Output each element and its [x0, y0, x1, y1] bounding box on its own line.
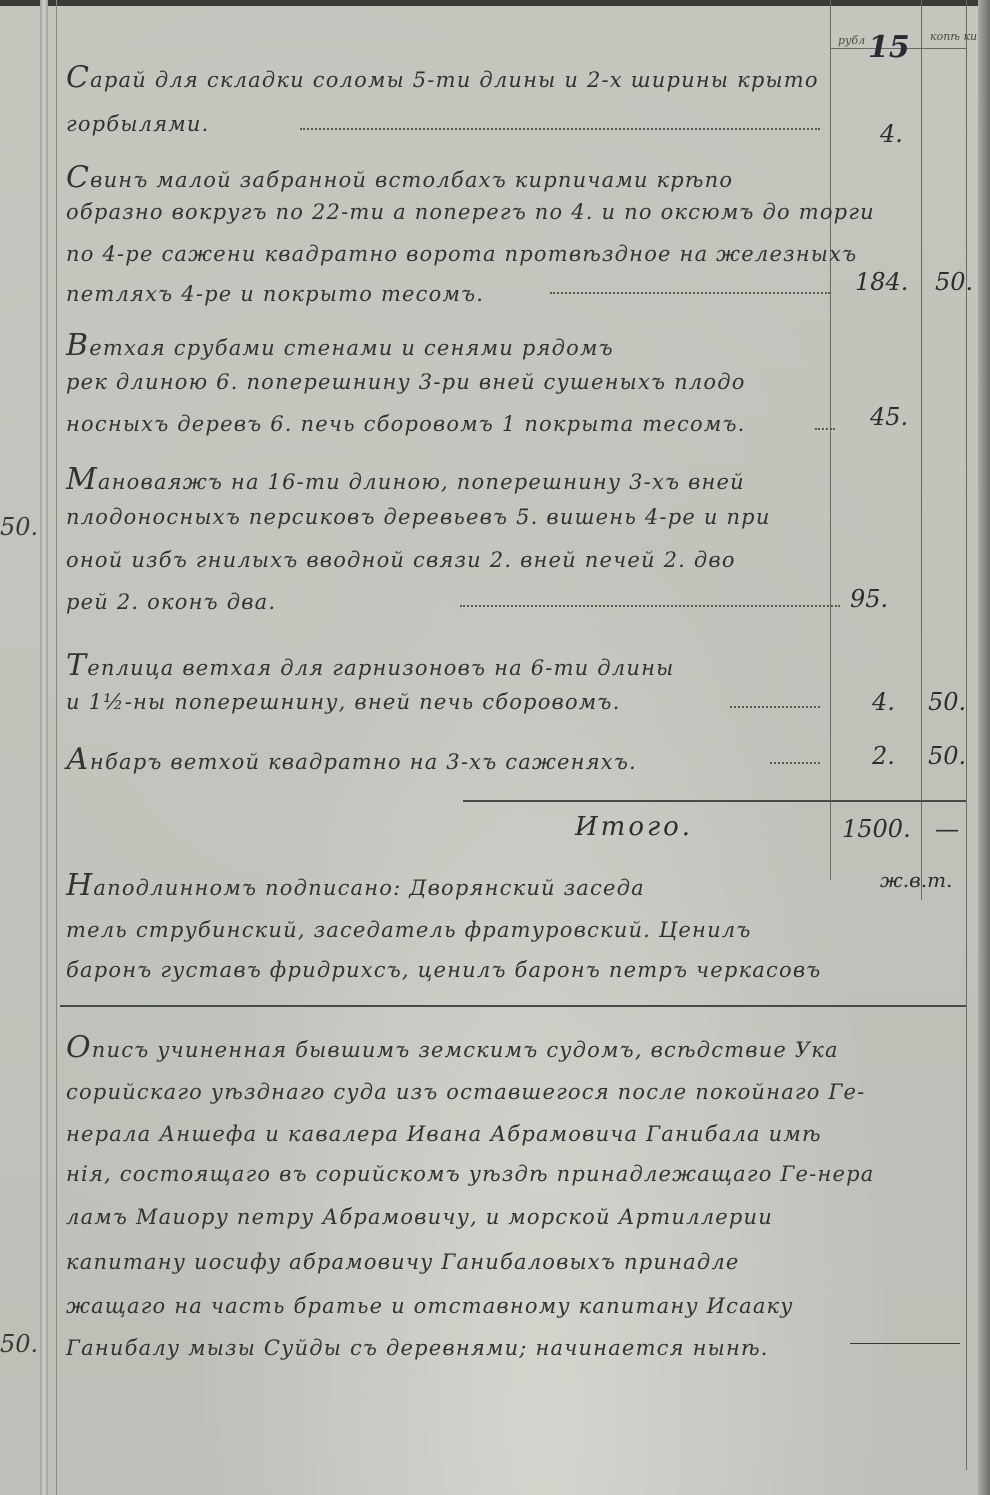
signature-line: тель струбинский, заседатель фратуровски… — [66, 918, 752, 942]
closing-line: нерала Аншефа и кавалера Ивана Абрамович… — [66, 1122, 822, 1146]
entry-line: Теплица ветхая для гарнизоновъ на 6-ти д… — [66, 648, 674, 683]
total-kopecks: — — [935, 815, 959, 843]
entry-rubles: 184. — [855, 268, 908, 296]
entry-line: Анбаръ ветхой квадратно на 3-хъ саженяхъ… — [66, 742, 637, 777]
margin-number: 50. — [0, 1330, 38, 1358]
leader-dots — [300, 128, 820, 130]
entry-line: по 4-ре сажени квадратно ворота протвѣзд… — [66, 242, 857, 266]
page-right-edge — [978, 0, 990, 1495]
entry-rubles: 95. — [850, 585, 888, 613]
folio-number: 15 — [868, 30, 910, 65]
entry-kopecks: 50. — [928, 688, 966, 716]
signature-line: Наподлинномъ подписано: Дворянский засед… — [66, 868, 645, 903]
right-margin-rule — [966, 0, 967, 1470]
leader-dots — [770, 762, 820, 764]
closing-line: жащаго на часть братье и отставному капи… — [66, 1294, 794, 1318]
closing-line: Ганибалу мызы Суйды съ деревнями; начина… — [66, 1336, 769, 1360]
closing-line: ламъ Маиору петру Абрамовичу, и морской … — [66, 1205, 773, 1229]
signature-line: баронъ густавъ фридрихсъ, ценилъ баронъ … — [66, 958, 821, 982]
kopecks-header: копѣ ки — [930, 30, 977, 43]
closing-end-stroke — [850, 1343, 960, 1344]
section-divider — [60, 1005, 966, 1007]
ledger-page: рубл копѣ ки 15 50. 50. Сарай для складк… — [0, 0, 990, 1495]
entry-line: и 1½-ны поперешнину, вней печь сборовомъ… — [66, 690, 621, 714]
margin-number: 50. — [0, 513, 38, 541]
leader-dots — [730, 706, 820, 708]
entry-line: оной избъ гнилыхъ вводной связи 2. вней … — [66, 548, 736, 572]
total-rubles: 1500. — [842, 815, 911, 843]
leader-dots — [460, 605, 840, 607]
entry-kopecks: 50. — [935, 268, 973, 296]
entry-kopecks: 50. — [928, 742, 966, 770]
entry-line: Сарай для складки соломы 5-ти длины и 2-… — [66, 60, 819, 95]
margin-fold — [40, 0, 48, 1495]
entry-line: носныхъ деревъ 6. печь сборовомъ 1 покры… — [66, 412, 746, 436]
entry-line: горбылями. — [66, 112, 210, 136]
leader-dots — [550, 292, 830, 294]
closing-line: сорийскаго уѣзднаго суда изъ оставшегося… — [66, 1080, 865, 1104]
entry-line: плодоносныхъ персиковъ деревьевъ 5. више… — [66, 505, 771, 529]
rubles-column-rule — [830, 0, 831, 880]
total-label: Итого. — [575, 812, 693, 842]
kopecks-column-rule — [921, 0, 922, 900]
closing-line: капитану иосифу абрамовичу Ганибаловыхъ … — [66, 1250, 740, 1274]
entry-rubles: 4. — [880, 120, 903, 148]
entry-line: петляхъ 4-ре и покрыто тесомъ. — [66, 282, 484, 306]
rubles-header: рубл — [838, 34, 865, 47]
signature-side-note: ж.в.т. — [880, 868, 952, 892]
entry-line: образно вокругъ по 22-ти а поперегъ по 4… — [66, 200, 875, 224]
page-top-edge — [0, 0, 990, 6]
entry-line: рек длиною 6. поперешнину 3-ри вней суше… — [66, 370, 746, 394]
total-rule — [463, 800, 966, 802]
entry-rubles: 4. — [872, 688, 895, 716]
left-margin-rule — [56, 0, 57, 1495]
entry-line: рей 2. оконъ два. — [66, 590, 276, 614]
entry-rubles: 45. — [870, 403, 908, 431]
entry-line: Свинъ малой забранной встолбахъ кирпичам… — [66, 160, 733, 195]
leader-dots — [815, 428, 835, 430]
entry-line: Ветхая срубами стенами и сенями рядомъ — [66, 328, 614, 363]
entry-rubles: 2. — [872, 742, 895, 770]
closing-line: Описъ учиненная бывшимъ земскимъ судомъ,… — [66, 1030, 839, 1065]
closing-line: нія, состоящаго въ сорийскомъ уѣздѣ прин… — [66, 1162, 874, 1186]
entry-line: Мановаяжъ на 16-ти длиною, поперешнину 3… — [66, 462, 745, 497]
